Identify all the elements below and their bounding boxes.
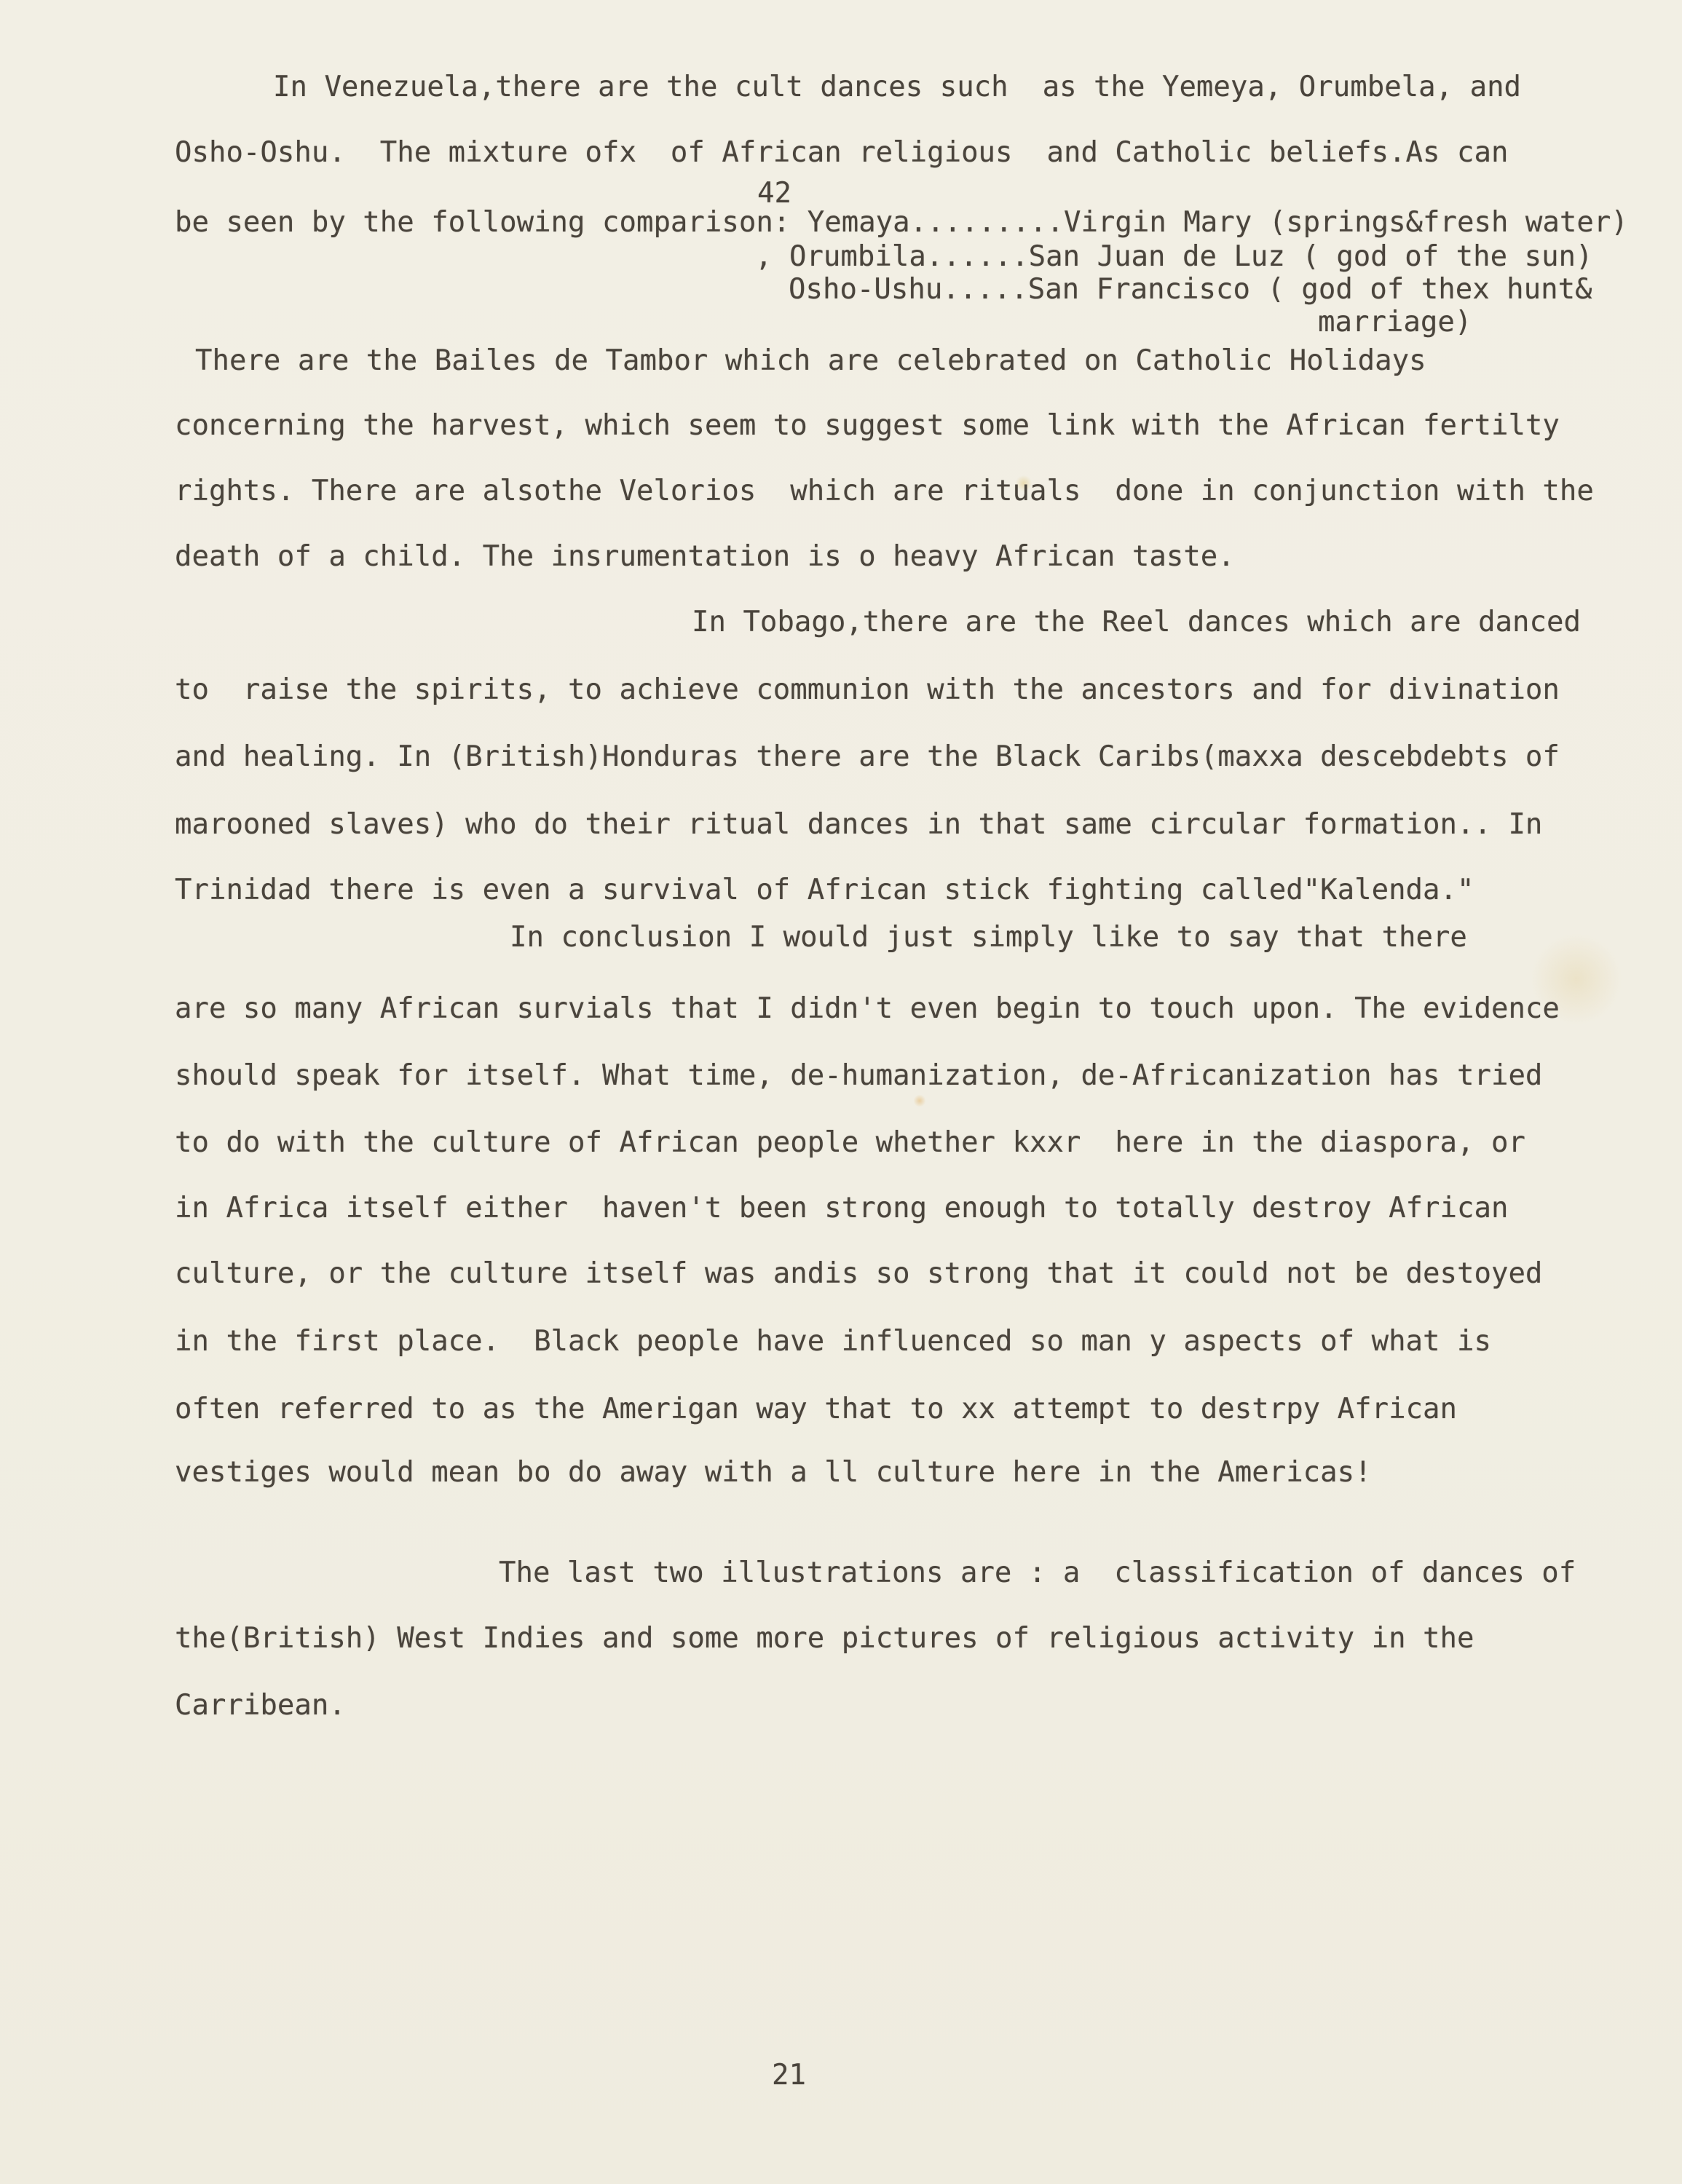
text-line: to raise the spirits, to achieve communi… bbox=[175, 673, 1560, 707]
text-line: are so many African survials that I didn… bbox=[175, 992, 1560, 1026]
text-line: concerning the harvest, which seem to su… bbox=[175, 409, 1560, 443]
text-line: should speak for itself. What time, de-h… bbox=[175, 1059, 1542, 1093]
text-line: the(British) West Indies and some more p… bbox=[175, 1622, 1474, 1655]
page-number: 21 bbox=[772, 2059, 806, 2092]
text-line: , Orumbila......San Juan de Luz ( god of… bbox=[755, 240, 1593, 274]
text-line: In Venezuela,there are the cult dances s… bbox=[273, 71, 1521, 104]
paper-page: In Venezuela,there are the cult dances s… bbox=[0, 0, 1682, 2184]
text-line: marooned slaves) who do their ritual dan… bbox=[175, 808, 1542, 842]
text-line: often referred to as the Amerigan way th… bbox=[175, 1393, 1457, 1426]
text-line: marriage) bbox=[1318, 306, 1472, 339]
text-line: The last two illustrations are : a class… bbox=[499, 1556, 1576, 1590]
text-line: There are the Bailes de Tambor which are… bbox=[195, 344, 1426, 378]
text-line: vestiges would mean bo do away with a ll… bbox=[175, 1456, 1372, 1489]
text-line: and healing. In (British)Honduras there … bbox=[175, 740, 1560, 774]
text-line: culture, or the culture itself was andis… bbox=[175, 1257, 1542, 1291]
text-line: to do with the culture of African people… bbox=[175, 1126, 1525, 1160]
text-line: In Tobago,there are the Reel dances whic… bbox=[692, 606, 1581, 639]
text-line: in the first place. Black people have in… bbox=[175, 1325, 1491, 1358]
text-line: In conclusion I would just simply like t… bbox=[510, 921, 1467, 954]
text-line: rights. There are alsothe Velorios which… bbox=[175, 475, 1594, 508]
text-line: death of a child. The insrumentation is … bbox=[175, 540, 1235, 574]
text-line: Carribean. bbox=[175, 1689, 346, 1722]
text-line: Trinidad there is even a survival of Afr… bbox=[175, 874, 1474, 907]
text-line: in Africa itself either haven't been str… bbox=[175, 1192, 1508, 1225]
text-line: be seen by the following comparison: Yem… bbox=[175, 206, 1628, 240]
text-line: Osho-Oshu. The mixture ofx of African re… bbox=[175, 136, 1508, 170]
text-line: Osho-Ushu.....San Francisco ( god of the… bbox=[789, 273, 1592, 306]
